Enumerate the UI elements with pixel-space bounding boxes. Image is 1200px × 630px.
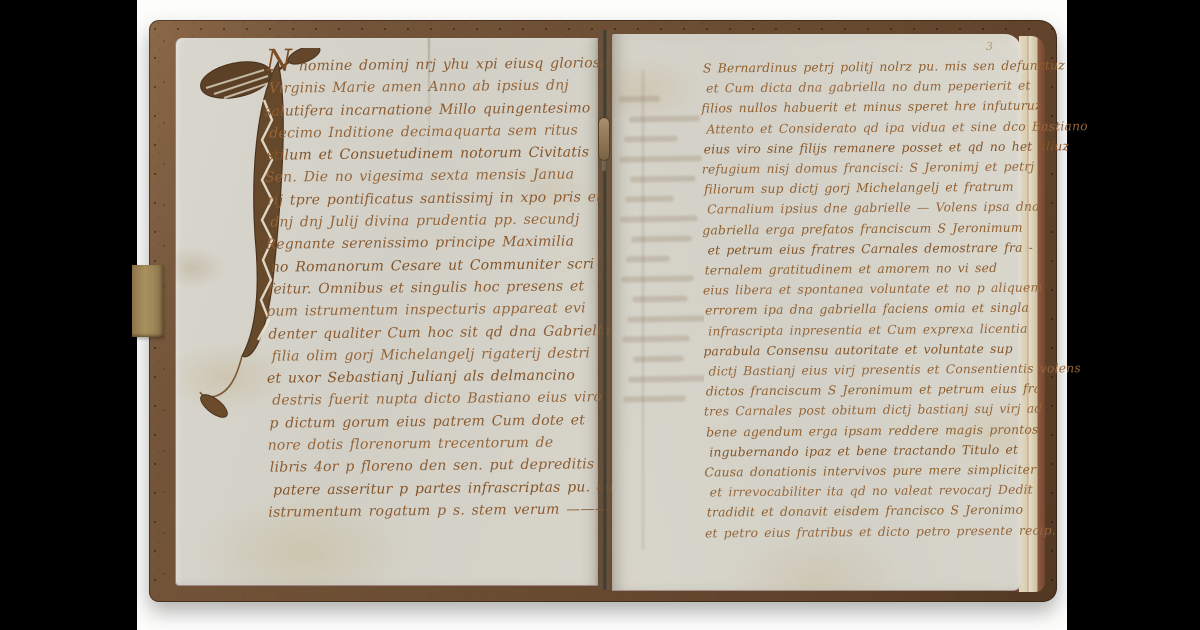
left-page-text: N nomine dominj nrj yhu xpi eiusq glorio…	[266, 48, 593, 524]
ghost-line	[631, 235, 692, 242]
ghost-line	[621, 275, 694, 282]
ghost-line	[626, 256, 670, 263]
manuscript-line: bene agendum erga ipsam reddere magis pr…	[706, 419, 1046, 442]
binding-stitch	[599, 118, 609, 160]
ghost-line	[620, 215, 698, 222]
manuscript-line: no Romanorum Cesare ut Communiter scri	[271, 253, 590, 279]
ghost-line	[625, 196, 674, 203]
show-through-text	[618, 82, 704, 582]
manuscript-line: salutifera incarnatione Millo quingentes…	[264, 97, 588, 123]
manuscript-line: istrumentum rogatum p s. stem verum ———	[268, 498, 592, 524]
manuscript-line: filia olim gorj Michelangelj rigaterij d…	[272, 342, 591, 368]
manuscript-line: et petro eius fratribus et dicto petro p…	[705, 520, 1047, 543]
manuscript-line: pum istrumentum inspecturis appareat evi	[266, 298, 590, 324]
ghost-line	[619, 155, 702, 162]
ghost-line	[629, 115, 700, 122]
ghost-line	[633, 356, 684, 363]
ghost-line	[630, 175, 696, 182]
manuscript-line: decimo Inditione decimaquarta sem ritus	[269, 119, 588, 145]
manuscript-line: tres Carnales post obitum dictj bastianj…	[704, 399, 1046, 422]
ghost-line	[628, 375, 704, 382]
ghost-line	[623, 395, 686, 402]
social-card-canvas: N nomine dominj nrj yhu xpi eiusq glorio…	[0, 0, 1200, 630]
manuscript-line: errorem ipa dna gabriella faciens omia e…	[705, 298, 1045, 321]
right-parchment-page: 3 S Bernardinus petrj politj nolrz pu. m…	[612, 34, 1021, 591]
ghost-line	[624, 136, 678, 143]
manuscript-line: infrascripta inpresentia et Cum exprexa …	[708, 318, 1045, 341]
manuscript-line: Virginis Marie amen Anno ab ipsius dnj	[269, 75, 588, 101]
manuscript-line: denter qualiter Cum hoc sit qd dna Gabri…	[268, 320, 590, 346]
manuscript-line: Carnalium ipsius dne gabrielle — Volens …	[707, 197, 1044, 220]
manuscript-line: gabriella erga prefatos franciscum S Jer…	[702, 217, 1044, 240]
left-parchment-page: N nomine dominj nrj yhu xpi eiusq glorio…	[175, 38, 598, 586]
ghost-line	[622, 335, 690, 342]
manuscript-line: Sen. Die no vigesima sexta mensis Janua	[265, 164, 589, 190]
manuscript-line: patere asseritur p partes infrascriptas …	[273, 476, 592, 502]
ghost-line	[618, 96, 660, 103]
manuscript-line: filios nullos habuerit et minus speret h…	[701, 96, 1043, 119]
gutter-seam	[595, 30, 614, 590]
clasp-strap	[132, 265, 164, 337]
manuscript-line: dnj dnj Julij divina prudentia pp. secun…	[270, 208, 589, 234]
manuscript-line: tradidit et donavit eisdem francisco S J…	[707, 500, 1047, 523]
manuscript-book: N nomine dominj nrj yhu xpi eiusq glorio…	[149, 20, 1057, 602]
ghost-line	[632, 296, 688, 303]
folio-number: 3	[986, 40, 993, 53]
manuscript-line: Attento et Considerato qd ipa vidua et s…	[706, 116, 1043, 139]
manuscript-line: destris fuerit nupta dicto Bastiano eius…	[272, 387, 591, 413]
manuscript-line: N nomine dominj nrj yhu xpi eiusq glorio…	[266, 48, 588, 78]
manuscript-line: Regnante serenissimo principe Maximilia	[265, 231, 589, 257]
manuscript-line: libris 4or p floreno den sen. put depred…	[270, 454, 592, 480]
ghost-line	[627, 315, 704, 322]
right-page-text: S Bernardinus petrj politj nolrz pu. mis…	[703, 56, 1047, 544]
photo-background: N nomine dominj nrj yhu xpi eiusq glorio…	[137, 0, 1067, 630]
